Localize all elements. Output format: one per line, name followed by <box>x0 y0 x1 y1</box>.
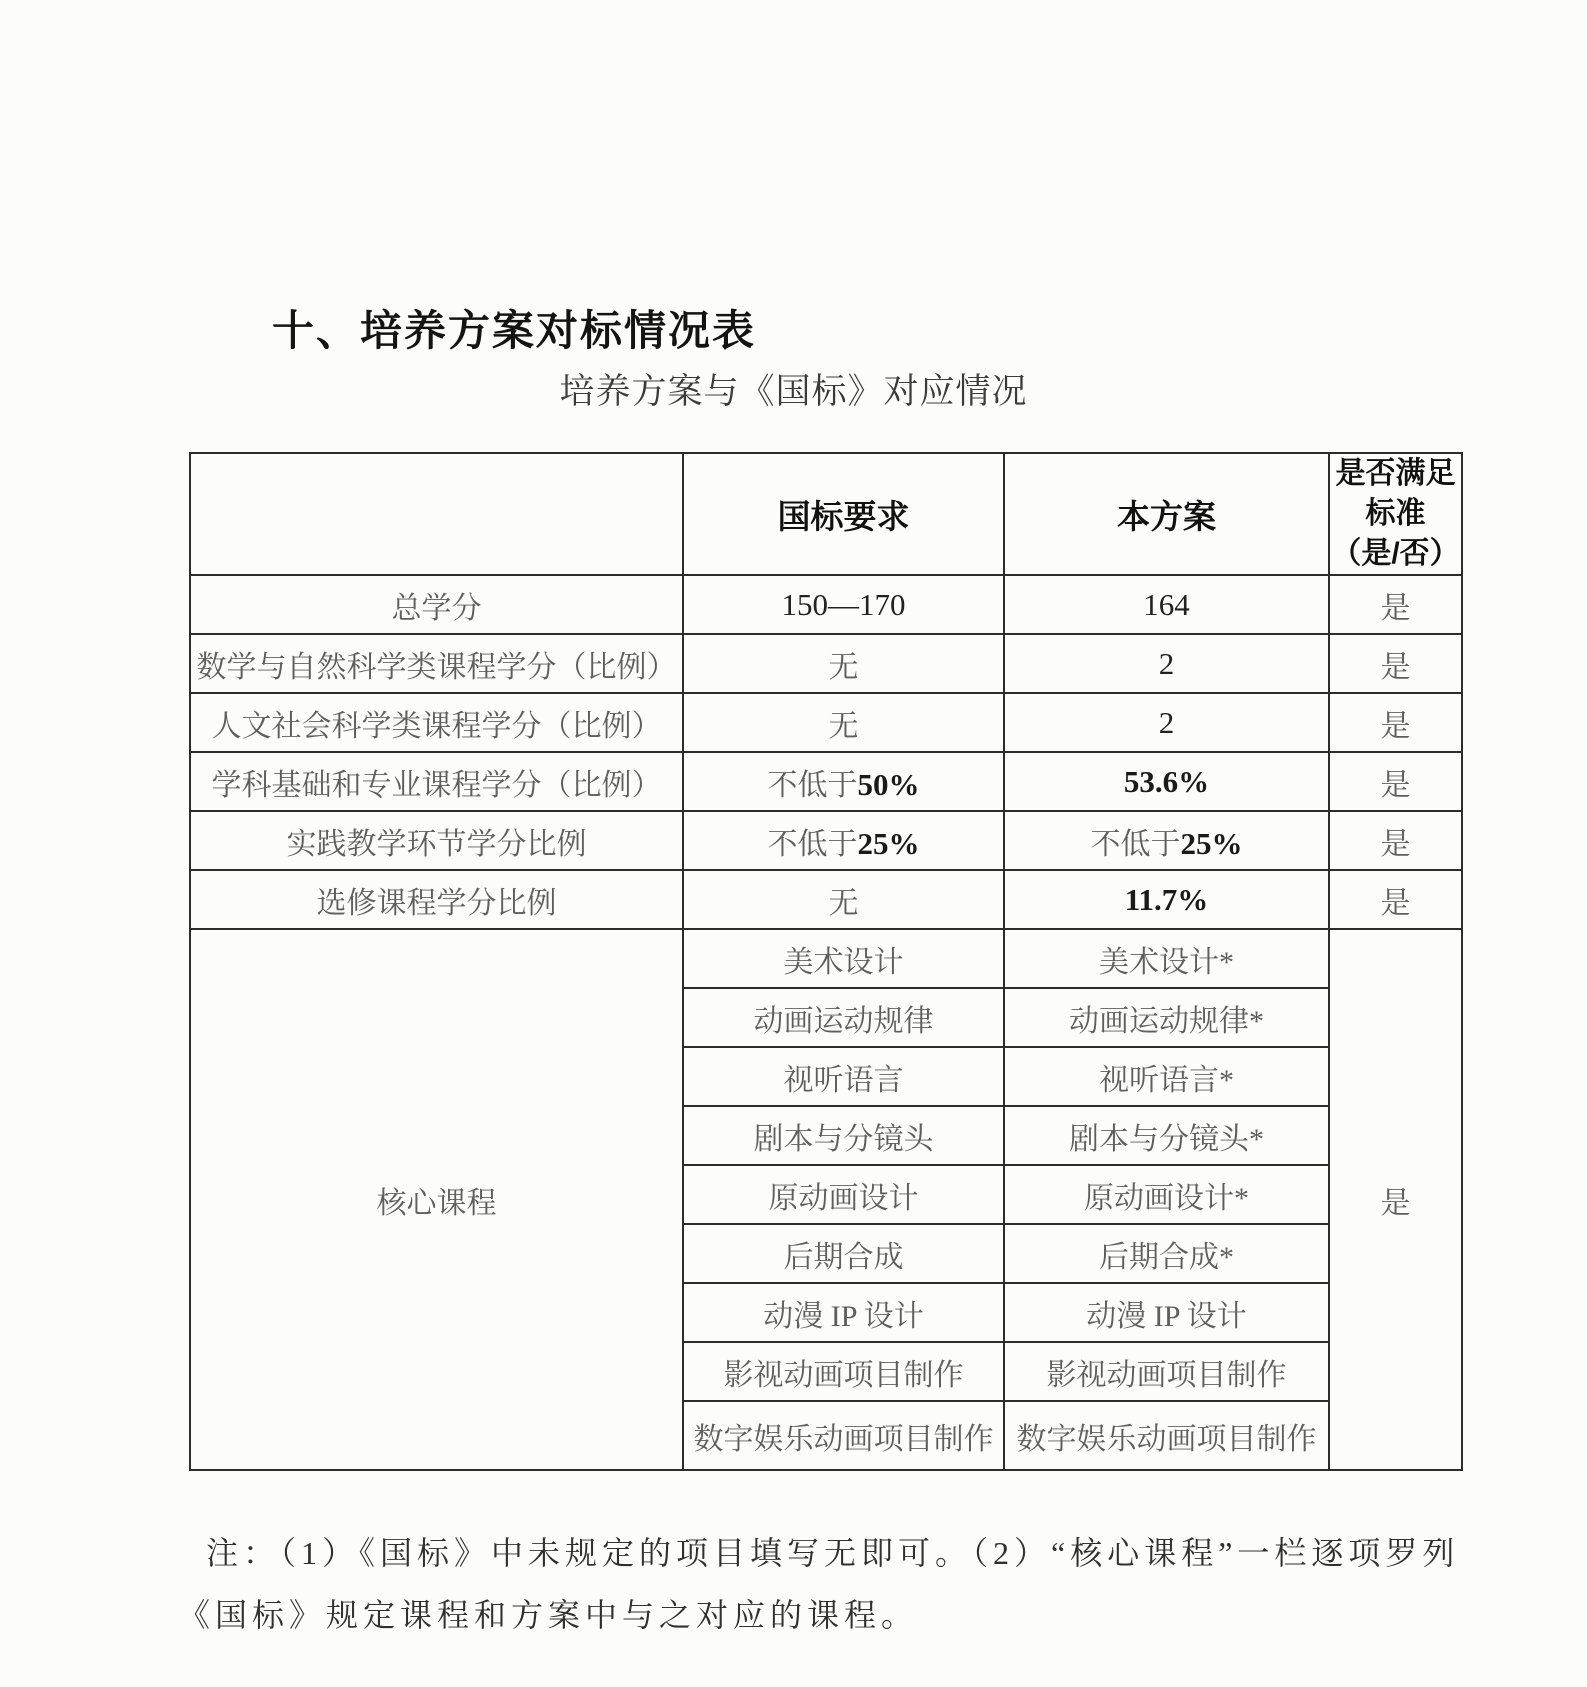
plan-cell: 动画运动规律* <box>1004 988 1329 1047</box>
footnote-line-2: 《国标》规定课程和方案中与之对应的课程。 <box>178 1584 1538 1646</box>
standard-cell: 不低于25% <box>683 811 1004 870</box>
table-row: 总学分 150—170 164 是 <box>190 575 1462 634</box>
row-label-cell: 选修课程学分比例 <box>190 870 683 929</box>
row-label-cell: 学科基础和专业课程学分（比例） <box>190 752 683 811</box>
standard-text: 不低于 <box>768 828 858 861</box>
plan-cell: 11.7% <box>1004 870 1329 929</box>
document-page: 十、培养方案对标情况表 培养方案与《国标》对应情况 国标要求 本方案 是否满足 … <box>0 0 1587 1687</box>
footnote: 注：（1）《国标》中未规定的项目填写无即可。（2）“核心课程”一栏逐项罗列 《国… <box>178 1522 1538 1646</box>
meets-cell: 是 <box>1329 634 1462 693</box>
standard-cell: 不低于50% <box>683 752 1004 811</box>
table-row: 数学与自然科学类课程学分（比例） 无 2 是 <box>190 634 1462 693</box>
standard-cell: 数字娱乐动画项目制作 <box>683 1401 1004 1470</box>
plan-percent: 25% <box>1181 826 1243 861</box>
plan-cell: 2 <box>1004 634 1329 693</box>
plan-cell: 53.6% <box>1004 752 1329 811</box>
row-label-cell: 总学分 <box>190 575 683 634</box>
standard-cell: 视听语言 <box>683 1047 1004 1106</box>
standard-cell: 150—170 <box>683 575 1004 634</box>
plan-cell: 2 <box>1004 693 1329 752</box>
plan-cell: 视听语言* <box>1004 1047 1329 1106</box>
standard-cell: 原动画设计 <box>683 1165 1004 1224</box>
row-label-cell: 人文社会科学类课程学分（比例） <box>190 693 683 752</box>
standard-percent: 50% <box>858 767 920 802</box>
standard-cell: 剧本与分镜头 <box>683 1106 1004 1165</box>
standard-cell: 无 <box>683 870 1004 929</box>
standard-cell: 无 <box>683 634 1004 693</box>
table-row: 学科基础和专业课程学分（比例） 不低于50% 53.6% 是 <box>190 752 1462 811</box>
plan-cell: 不低于25% <box>1004 811 1329 870</box>
plan-cell: 影视动画项目制作 <box>1004 1342 1329 1401</box>
standard-cell: 无 <box>683 693 1004 752</box>
page-title: 十、培养方案对标情况表 <box>272 298 756 358</box>
plan-cell: 原动画设计* <box>1004 1165 1329 1224</box>
header-meets-cell: 是否满足 标准 （是/否） <box>1329 453 1462 575</box>
meets-cell: 是 <box>1329 575 1462 634</box>
footnote-line-1: 注：（1）《国标》中未规定的项目填写无即可。（2）“核心课程”一栏逐项罗列 <box>178 1522 1538 1584</box>
plan-cell: 剧本与分镜头* <box>1004 1106 1329 1165</box>
plan-cell: 美术设计* <box>1004 929 1329 988</box>
meets-cell: 是 <box>1329 870 1462 929</box>
standard-percent: 25% <box>858 826 920 861</box>
plan-cell: 数字娱乐动画项目制作 <box>1004 1401 1329 1470</box>
table-row: 实践教学环节学分比例 不低于25% 不低于25% 是 <box>190 811 1462 870</box>
standard-text: 不低于 <box>768 769 858 802</box>
table-row: 选修课程学分比例 无 11.7% 是 <box>190 870 1462 929</box>
core-label-cell: 核心课程 <box>190 929 683 1470</box>
standard-cell: 动漫 IP 设计 <box>683 1283 1004 1342</box>
core-meets-cell: 是 <box>1329 929 1462 1470</box>
plan-cell: 后期合成* <box>1004 1224 1329 1283</box>
course-row: 核心课程 美术设计 美术设计* 是 <box>190 929 1462 988</box>
meets-cell: 是 <box>1329 752 1462 811</box>
standard-cell: 美术设计 <box>683 929 1004 988</box>
header-blank-cell <box>190 453 683 575</box>
standard-cell: 影视动画项目制作 <box>683 1342 1004 1401</box>
standard-cell: 后期合成 <box>683 1224 1004 1283</box>
row-label-cell: 实践教学环节学分比例 <box>190 811 683 870</box>
table-subtitle: 培养方案与《国标》对应情况 <box>0 364 1587 414</box>
benchmark-table: 国标要求 本方案 是否满足 标准 （是/否） 总学分 150—170 164 是… <box>189 452 1463 1471</box>
header-standard-cell: 国标要求 <box>683 453 1004 575</box>
plan-text: 不低于 <box>1091 828 1181 861</box>
header-row: 国标要求 本方案 是否满足 标准 （是/否） <box>190 453 1462 575</box>
header-plan-cell: 本方案 <box>1004 453 1329 575</box>
meets-cell: 是 <box>1329 693 1462 752</box>
meets-cell: 是 <box>1329 811 1462 870</box>
standard-cell: 动画运动规律 <box>683 988 1004 1047</box>
plan-cell: 164 <box>1004 575 1329 634</box>
row-label-cell: 数学与自然科学类课程学分（比例） <box>190 634 683 693</box>
plan-cell: 动漫 IP 设计 <box>1004 1283 1329 1342</box>
table-row: 人文社会科学类课程学分（比例） 无 2 是 <box>190 693 1462 752</box>
